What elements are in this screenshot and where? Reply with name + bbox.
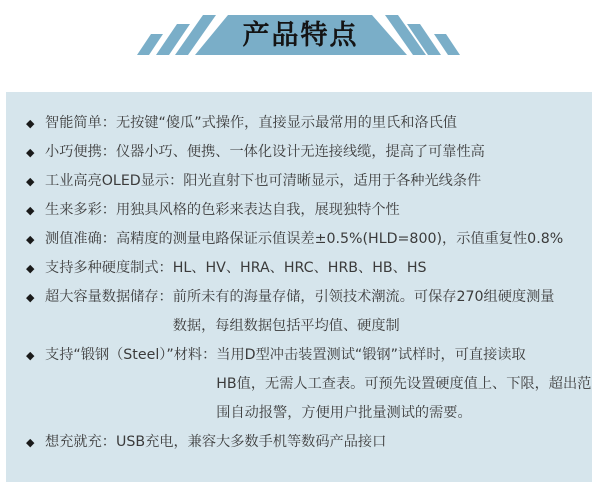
feature-item-forged-steel: ◆ 支持“锻钢（Steel）”材料： 当用D型冲击装置测试“锻钢”试样时，可直接… bbox=[6, 341, 592, 428]
feature-text: HL、HV、HRA、HRC、HRB、HB、HS bbox=[173, 254, 592, 283]
feature-text: 前所未有的海量存储，引领技术潮流。可保存270组硬度测量 数据，每组数据包括平均… bbox=[173, 283, 592, 341]
feature-item-portable: ◆ 小巧便携： 仪器小巧、便携、一体化设计无连接线缆，提高了可靠性高 bbox=[6, 138, 592, 167]
feature-label: 生来多彩： bbox=[45, 196, 116, 225]
feature-item-hardness-scales: ◆ 支持多种硬度制式： HL、HV、HRA、HRC、HRB、HB、HS bbox=[6, 254, 592, 283]
feature-text-line: HB值，无需人工查表。可预先设置硬度值上、下限，超出范 bbox=[216, 370, 592, 399]
feature-label: 支持“锻钢（Steel）”材料： bbox=[45, 341, 216, 370]
diamond-bullet-icon: ◆ bbox=[26, 138, 45, 167]
feature-label: 小巧便携： bbox=[45, 138, 116, 167]
feature-label: 想充就充： bbox=[45, 428, 116, 457]
feature-text: 仪器小巧、便携、一体化设计无连接线缆，提高了可靠性高 bbox=[116, 138, 592, 167]
diamond-bullet-icon: ◆ bbox=[26, 167, 45, 196]
feature-item-usb-charging: ◆ 想充就充： USB充电，兼容大多数手机等数码产品接口 bbox=[6, 428, 592, 457]
feature-label: 测值准确： bbox=[45, 225, 116, 254]
diamond-bullet-icon: ◆ bbox=[26, 283, 45, 312]
feature-text: 阳光直射下也可清晰显示，适用于各种光线条件 bbox=[183, 167, 592, 196]
diamond-bullet-icon: ◆ bbox=[26, 109, 45, 138]
feature-label: 工业高亮OLED显示： bbox=[45, 167, 183, 196]
diamond-bullet-icon: ◆ bbox=[26, 225, 45, 254]
section-header-banner: 产品特点 bbox=[0, 0, 600, 70]
feature-label: 智能简单： bbox=[45, 109, 116, 138]
feature-text: 当用D型冲击装置测试“锻钢”试样时，可直接读取 HB值，无需人工查表。可预先设置… bbox=[216, 341, 592, 428]
feature-list: ◆ 智能简单： 无按键“傻瓜”式操作，直接显示最常用的里氏和洛氏值 ◆ 小巧便携… bbox=[6, 109, 592, 457]
feature-text-line: 当用D型冲击装置测试“锻钢”试样时，可直接读取 bbox=[216, 341, 592, 370]
feature-label: 超大容量数据储存： bbox=[45, 283, 173, 312]
feature-item-colorful: ◆ 生来多彩： 用独具风格的色彩来表达自我，展现独特个性 bbox=[6, 196, 592, 225]
feature-text-line: 数据，每组数据包括平均值、硬度制 bbox=[173, 312, 592, 341]
feature-text: USB充电，兼容大多数手机等数码产品接口 bbox=[116, 428, 592, 457]
diamond-bullet-icon: ◆ bbox=[26, 196, 45, 225]
feature-text-line: 前所未有的海量存储，引领技术潮流。可保存270组硬度测量 bbox=[173, 283, 592, 312]
diamond-bullet-icon: ◆ bbox=[26, 254, 45, 283]
feature-text: 用独具风格的色彩来表达自我，展现独特个性 bbox=[116, 196, 592, 225]
feature-text: 高精度的测量电路保证示值误差±0.5%(HLD=800)，示值重复性0.8% bbox=[116, 225, 592, 254]
feature-label: 支持多种硬度制式： bbox=[45, 254, 173, 283]
feature-text-line: 围自动报警，方便用户批量测试的需要。 bbox=[216, 399, 592, 428]
feature-text: 无按键“傻瓜”式操作，直接显示最常用的里氏和洛氏值 bbox=[116, 109, 592, 138]
diamond-bullet-icon: ◆ bbox=[26, 341, 45, 370]
feature-item-smart-simple: ◆ 智能简单： 无按键“傻瓜”式操作，直接显示最常用的里氏和洛氏值 bbox=[6, 109, 592, 138]
feature-item-accuracy: ◆ 测值准确： 高精度的测量电路保证示值误差±0.5%(HLD=800)，示值重… bbox=[6, 225, 592, 254]
diamond-bullet-icon: ◆ bbox=[26, 428, 45, 457]
feature-item-data-storage: ◆ 超大容量数据储存： 前所未有的海量存储，引领技术潮流。可保存270组硬度测量… bbox=[6, 283, 592, 341]
section-title: 产品特点 bbox=[228, 17, 373, 55]
feature-item-oled-display: ◆ 工业高亮OLED显示： 阳光直射下也可清晰显示，适用于各种光线条件 bbox=[6, 167, 592, 196]
features-panel: ◆ 智能简单： 无按键“傻瓜”式操作，直接显示最常用的里氏和洛氏值 ◆ 小巧便携… bbox=[6, 92, 592, 482]
